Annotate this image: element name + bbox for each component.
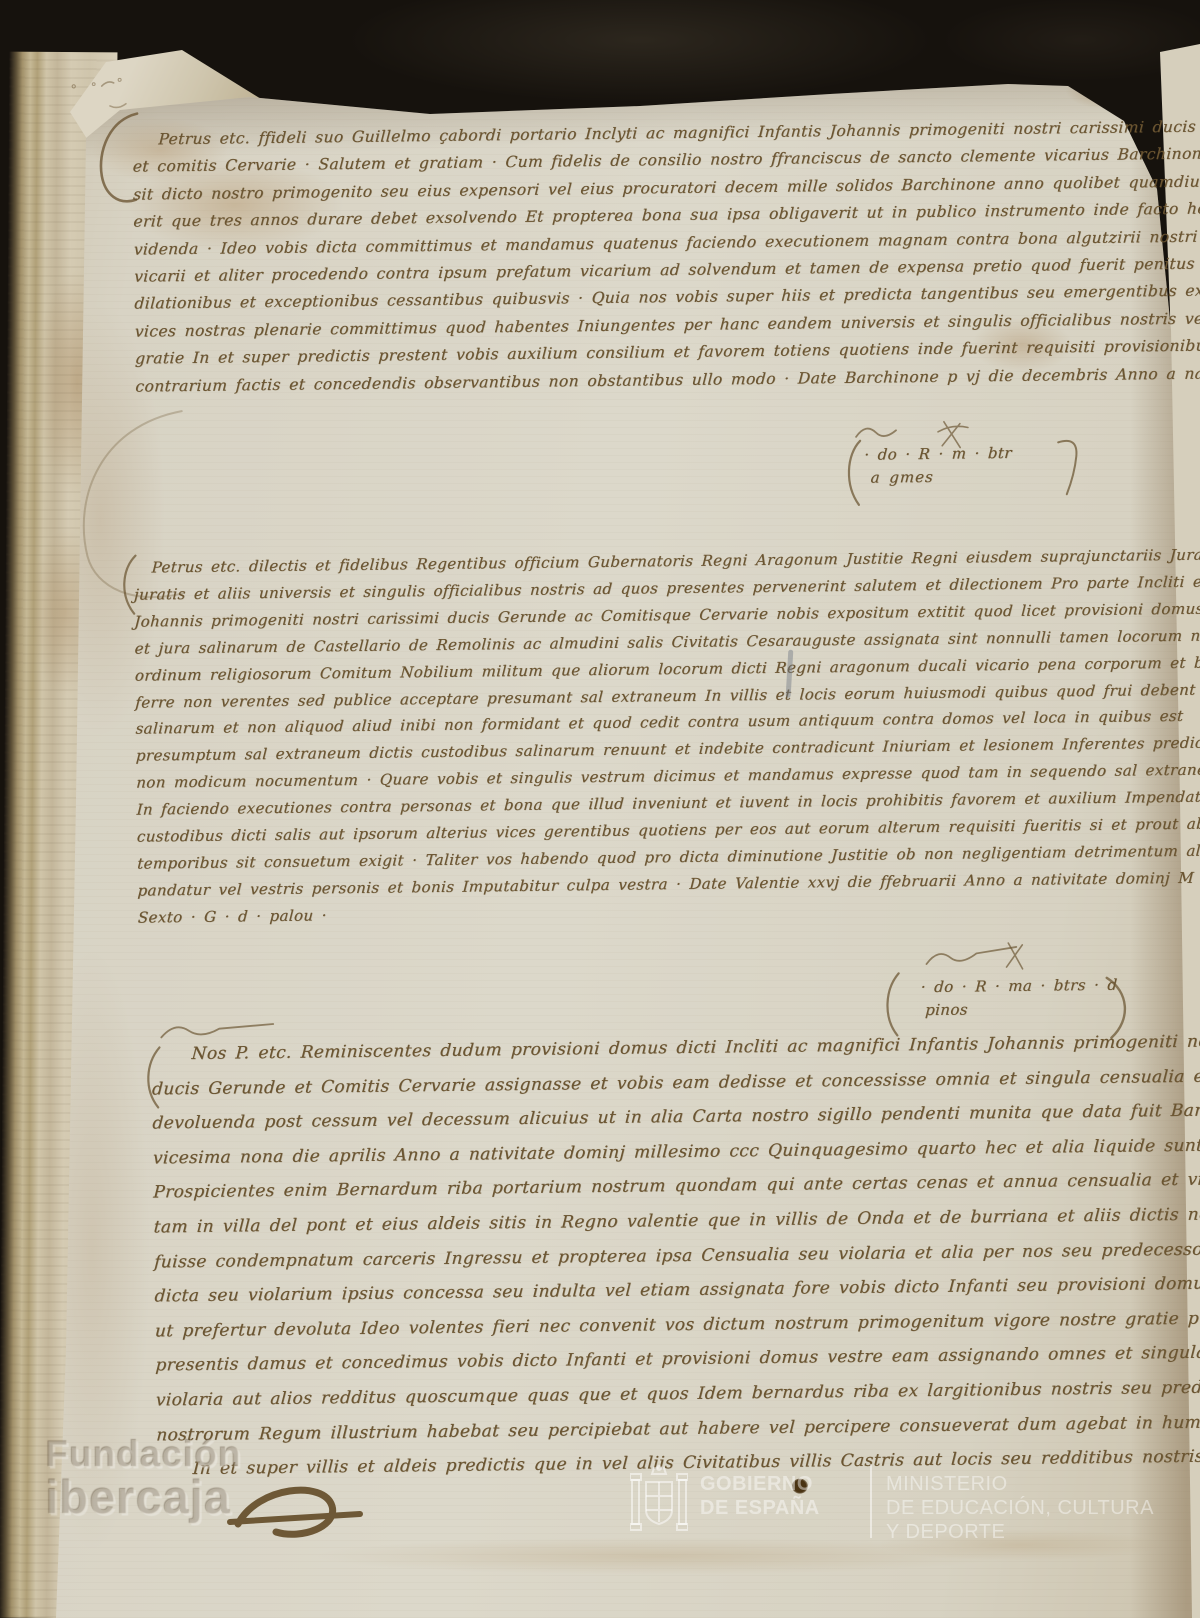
- ibercaja-watermark-line1: Fundación: [46, 1436, 242, 1474]
- chancery-bracket-1: [842, 439, 865, 509]
- chancery-note-2: · do · R · ma · btrs · d pinos: [921, 974, 1118, 1022]
- watermark-divider: [870, 1464, 872, 1538]
- government-watermark: GOBIERNO DE ESPAÑA MINISTERIO DE EDUCACI…: [630, 1464, 1154, 1544]
- ibercaja-watermark-line2: ibercaja: [46, 1474, 242, 1523]
- ibercaja-logo-icon: [228, 1478, 378, 1558]
- paraph-letter-2: [117, 554, 140, 618]
- gobierno-watermark-text: GOBIERNO DE ESPAÑA: [700, 1464, 870, 1520]
- gobierno-line1: GOBIERNO: [700, 1472, 870, 1496]
- chancery-tail-1: [1054, 436, 1085, 498]
- letter-entry-1: Petrus etc. ffideli suo Guillelmo çabord…: [132, 110, 1200, 401]
- ink-layer: Petrus etc. ffideli suo Guillelmo çabord…: [0, 0, 1200, 1618]
- ministerio-watermark-text: MINISTERIO DE EDUCACIÓN, CULTURA Y DEPOR…: [886, 1464, 1154, 1544]
- gobierno-line2: DE ESPAÑA: [700, 1496, 870, 1520]
- chancery-note-line: pinos: [920, 997, 1118, 1022]
- ministerio-line3: Y DEPORTE: [886, 1520, 1154, 1544]
- chancery-note-line: · do · R · ma · btrs · d: [920, 974, 1118, 999]
- ibercaja-watermark: Fundación ibercaja: [46, 1436, 242, 1523]
- letter-entry-3: Nos P. etc. Reminiscentes dudum provisio…: [151, 1022, 1200, 1487]
- spain-coat-of-arms-icon: [630, 1464, 688, 1538]
- ministerio-line2: DE EDUCACIÓN, CULTURA: [886, 1496, 1154, 1520]
- chancery-note-line: a gmes: [864, 465, 1013, 490]
- letter-entry-2: Petrus etc. dilectis et fidelibus Regent…: [133, 539, 1200, 931]
- chancery-note-line: · do · R · m · btr: [864, 442, 1013, 467]
- manuscript-photo: Petrus etc. ffideli suo Guillelmo çabord…: [0, 0, 1200, 1618]
- chancery-note-1: · do · R · m · btr a gmes: [864, 442, 1012, 490]
- ministerio-line1: MINISTERIO: [886, 1472, 1154, 1496]
